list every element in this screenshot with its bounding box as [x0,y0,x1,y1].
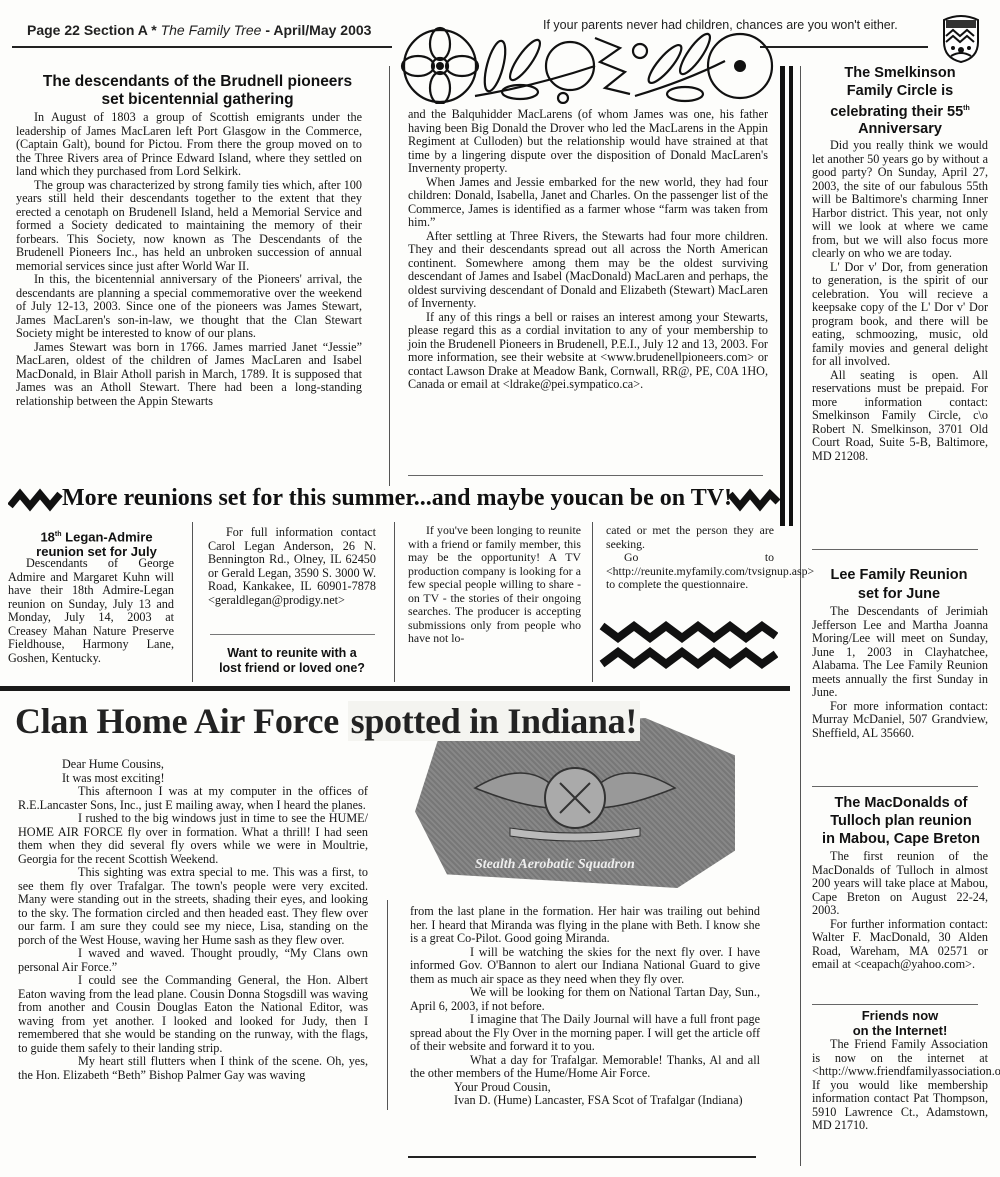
squadron-patch-photo: Stealth Aerobatic Squadron [415,718,735,888]
column-divider [192,522,193,682]
legan-body: Descendants of George Admire and Margare… [8,557,174,665]
shield-crest-icon [941,14,981,64]
paragraph: For further information contact: Walter … [812,918,988,972]
paragraph: I rushed to the big windows just in time… [18,812,368,866]
headline-line: The MacDonalds of [810,794,992,812]
headline-num: 18 [40,529,54,544]
superscript: th [55,531,62,538]
zigzag-ornament-icon [8,488,63,512]
lee-headline: Lee Family Reunion set for June [810,566,988,604]
paragraph: All seating is open. All reservations mu… [812,369,988,464]
friends-headline: Friends now on the Internet! [810,1008,990,1038]
headline-line: Tulloch plan reunion [810,812,992,830]
zigzag-ornament-icon [598,616,778,674]
headline-line: on the Internet! [810,1023,990,1038]
paragraph: cated or met the person they are seeking… [606,524,774,551]
article-end-rule [408,475,763,476]
paragraph: My heart still flutters when I think of … [18,1055,368,1082]
salutation: Dear Hume Cousins, [18,758,368,772]
headline-text: celebrating their 55 [830,104,963,120]
headline-line: Lee Family Reunion [810,566,988,585]
paragraph: The Descendants of Jerimiah Jefferson Le… [812,605,988,700]
section-rule [812,786,978,787]
header-rule-left [12,46,392,48]
superscript: th [963,105,970,112]
paragraph: I could see the Commanding General, the … [18,974,368,1055]
headline-part: Clan Home Air Force [15,701,348,741]
paragraph: For full information contact Carol Legan… [208,526,376,607]
friends-body: The Friend Family Association is now on … [812,1038,988,1133]
zigzag-ornament-icon [728,488,780,512]
issue-date: - April/May 2003 [261,22,371,38]
paragraph: In August of 1803 a group of Scottish em… [16,111,362,179]
macdonalds-headline: The MacDonalds of Tulloch plan reunion i… [810,794,992,848]
column-divider [394,522,395,682]
paragraph: The group was characterized by strong fa… [16,179,362,274]
paragraph: and the Balquhidder MacLarens (of whom J… [408,108,768,176]
paragraph: Descendants of George Admire and Margare… [8,557,174,665]
section-divider-bar [0,686,790,691]
signature: Ivan D. (Hume) Lancaster, FSA Scot of Tr… [410,1094,760,1108]
thick-divider-bar [780,66,785,526]
airforce-letter-column-1: Dear Hume Cousins, It was most exciting!… [18,758,368,1082]
section-rule [210,634,375,635]
tv-headline: Want to reunite with a lost friend or lo… [204,646,380,676]
headline-line: celebrating their 55th [810,100,990,121]
column-divider [389,66,390,486]
headline-line: Want to reunite with a [204,646,380,661]
headline-line: The Smelkinson [810,65,990,83]
headline-part: spotted in Indiana! [348,701,640,741]
publication-name: The Family Tree [161,22,262,38]
paragraph: I imagine that The Daily Journal will ha… [410,1013,760,1054]
tv-body-cont: cated or met the person they are seeking… [606,524,774,592]
column-divider [592,522,593,682]
headline-text: Legan-Admire [62,529,153,544]
headline-line: lost friend or loved one? [204,661,380,676]
brudnell-headline: The descendants of the Brudnell pioneers… [20,73,375,109]
paragraph: If you've been longing to reunite with a… [408,524,581,646]
column-divider [387,900,388,1110]
page-label: Page 22 Section A * [27,22,161,38]
headline-line: Anniversary [810,121,990,139]
page-header-left: Page 22 Section A * The Family Tree - Ap… [27,22,371,38]
paragraph: The first reunion of the MacDonalds of T… [812,850,988,918]
paragraph: For more information contact: Murray McD… [812,700,988,741]
headline-line: Friends now [810,1008,990,1023]
headline-line: set bicentennial gathering [20,91,375,109]
article-end-rule [408,1156,756,1158]
paragraph: This afternoon I was at my computer in t… [18,785,368,812]
salutation: It was most exciting! [18,772,368,786]
section-rule [812,549,978,550]
section-rule [812,1004,978,1005]
airforce-headline: Clan Home Air Force spotted in Indiana! [15,700,640,742]
paragraph: Did you really think we would let anothe… [812,139,988,261]
paragraph: What a day for Trafalgar. Memorable! Tha… [410,1054,760,1081]
header-rule-right [760,46,928,48]
lee-body: The Descendants of Jerimiah Jefferson Le… [812,605,988,740]
closing: Your Proud Cousin, [410,1081,760,1095]
headline-line: The descendants of the Brudnell pioneers [20,73,375,91]
thick-divider-bar [789,66,793,526]
smelkinson-body: Did you really think we would let anothe… [812,139,988,463]
macdonalds-body: The first reunion of the MacDonalds of T… [812,850,988,972]
tv-signup-link[interactable]: Go to <http://reunite.myfamily.com/tvsig… [606,551,774,592]
headline-line: set for June [810,585,988,604]
airforce-letter-column-2: from the last plane in the formation. He… [410,905,760,1108]
brudnell-column-1: In August of 1803 a group of Scottish em… [16,111,362,408]
paragraph: In this, the bicentennial anniversary of… [16,273,362,341]
paragraph: I will be watching the skies for the nex… [410,946,760,987]
floral-vine-ornament-icon [395,26,775,104]
paragraph: We will be looking for them on National … [410,986,760,1013]
paragraph: The Friend Family Association is now on … [812,1038,988,1133]
smelkinson-headline: The Smelkinson Family Circle is celebrat… [810,65,990,139]
legan-contact: For full information contact Carol Legan… [208,526,376,607]
legan-headline: 18th Legan-Admire reunion set for July [14,527,179,559]
paragraph: After settling at Three Rivers, the Stew… [408,230,768,311]
reunions-banner-title: More reunions set for this summer...and … [62,485,732,512]
right-column-divider [800,66,801,1166]
headline-line: Family Circle is [810,83,990,101]
paragraph: from the last plane in the formation. He… [410,905,760,946]
paragraph: I waved and waved. Thought proudly, “My … [18,947,368,974]
paragraph: James Stewart was born in 1766. James ma… [16,341,362,409]
paragraph: When James and Jessie embarked for the n… [408,176,768,230]
photo-caption: Stealth Aerobatic Squadron [475,857,635,872]
headline-line: in Mabou, Cape Breton [810,830,992,848]
brudnell-column-2: and the Balquhidder MacLarens (of whom J… [408,108,768,392]
paragraph: If any of this rings a bell or raises an… [408,311,768,392]
paragraph: L' Dor v' Dor, from generation to genera… [812,261,988,369]
tv-body: If you've been longing to reunite with a… [408,524,581,646]
headline-line: 18th Legan-Admire [14,527,179,544]
paragraph: This sighting was extra special to me. T… [18,866,368,947]
